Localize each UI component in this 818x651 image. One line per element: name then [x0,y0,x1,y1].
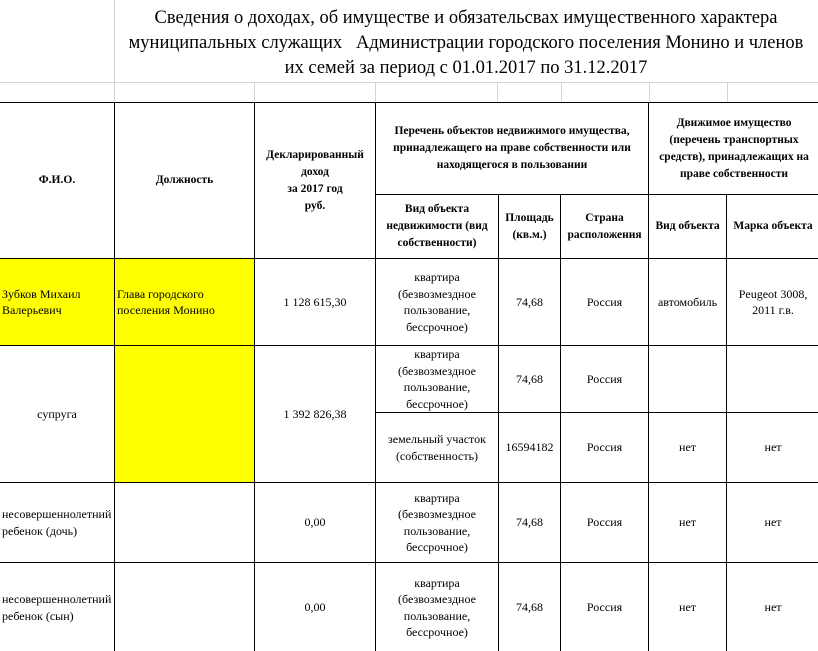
cell-area: 74,68 [499,346,561,413]
cell-vehicle-brand: нет [727,563,818,651]
title-line-3: их семей за период с 01.01.2017 по 31.12… [114,56,818,81]
cell-fio: несовершеннолетний ребенок (дочь) [0,483,115,563]
cell-vehicle-type: нет [649,483,727,563]
declaration-table: Ф.И.О. Должность Декларированный доход з… [0,102,818,651]
cell-income: 0,00 [255,483,376,563]
cell-realty-type: квартира (безвозмездное пользование, бес… [376,259,499,346]
header-income: Декларированный доход за 2017 год руб. [255,103,376,259]
header-country: Страна расположения [561,195,649,259]
document-title: Сведения о доходах, об имуществе и обяза… [114,6,818,81]
cell-position: Глава городского поселения Монино [115,259,255,346]
cell-fio: супруга [0,346,115,483]
cell-country: Россия [561,259,649,346]
cell-vehicle-brand: Peugeot 3008, 2011 г.в. [727,259,818,346]
header-vehicle-brand: Марка объекта [727,195,818,259]
title-line-1: Сведения о доходах, об имуществе и обяза… [114,6,818,31]
cell-realty-type: квартира (безвозмездное пользование, бес… [376,483,499,563]
cell-fio: несовершеннолетний ребенок (сын) [0,563,115,651]
cell-area: 74,68 [499,259,561,346]
cell-country: Россия [561,563,649,651]
cell-vehicle-brand: нет [727,483,818,563]
header-income-line: доход [257,164,373,181]
cell-realty-type: земельный участок (собственность) [376,413,499,483]
table-row: несовершеннолетний ребенок (сын) 0,00 кв… [0,563,818,651]
title-line-2: муниципальных служащих Администрации гор… [114,31,818,56]
cell-income: 0,00 [255,563,376,651]
gridline [649,82,650,102]
gridline [0,82,818,83]
cell-area: 74,68 [499,483,561,563]
header-income-line: руб. [257,198,373,215]
gridline [254,82,255,102]
cell-vehicle-brand: нет [727,413,818,483]
cell-position [115,346,255,483]
cell-vehicle-brand [727,346,818,413]
header-income-line: Декларированный [257,147,373,164]
cell-vehicle-type: нет [649,563,727,651]
cell-country: Россия [561,346,649,413]
cell-vehicle-type: автомобиль [649,259,727,346]
table-row: несовершеннолетний ребенок (дочь) 0,00 к… [0,483,818,563]
header-income-line: за 2017 год [257,181,373,198]
header-area: Площадь (кв.м.) [499,195,561,259]
cell-country: Россия [561,483,649,563]
header-vehicle-type: Вид объекта [649,195,727,259]
gridline [497,82,498,102]
cell-vehicle-type: нет [649,413,727,483]
header-row: Ф.И.О. Должность Декларированный доход з… [0,103,818,195]
table-row: Зубков Михаил Валерьевич Глава городског… [0,259,818,346]
table-row: супруга 1 392 826,38 квартира (безвозмез… [0,346,818,413]
header-fio: Ф.И.О. [0,103,115,259]
cell-area: 16594182 [499,413,561,483]
gridline [727,82,728,102]
gridline [561,82,562,102]
cell-realty-type: квартира (безвозмездное пользование, бес… [376,563,499,651]
cell-realty-type: квартира (безвозмездное пользование, бес… [376,346,499,413]
cell-fio: Зубков Михаил Валерьевич [0,259,115,346]
cell-position [115,563,255,651]
cell-income: 1 128 615,30 [255,259,376,346]
cell-position [115,483,255,563]
gridline [375,82,376,102]
header-position: Должность [115,103,255,259]
cell-area: 74,68 [499,563,561,651]
cell-country: Россия [561,413,649,483]
header-movable-group: Движимое имущество (перечень транспортны… [649,103,818,195]
cell-vehicle-type [649,346,727,413]
spreadsheet: Сведения о доходах, об имуществе и обяза… [0,0,818,651]
header-realty-type: Вид объекта недвижимости (вид собственно… [376,195,499,259]
cell-income: 1 392 826,38 [255,346,376,483]
header-realty-group: Перечень объектов недвижимого имущества,… [376,103,649,195]
